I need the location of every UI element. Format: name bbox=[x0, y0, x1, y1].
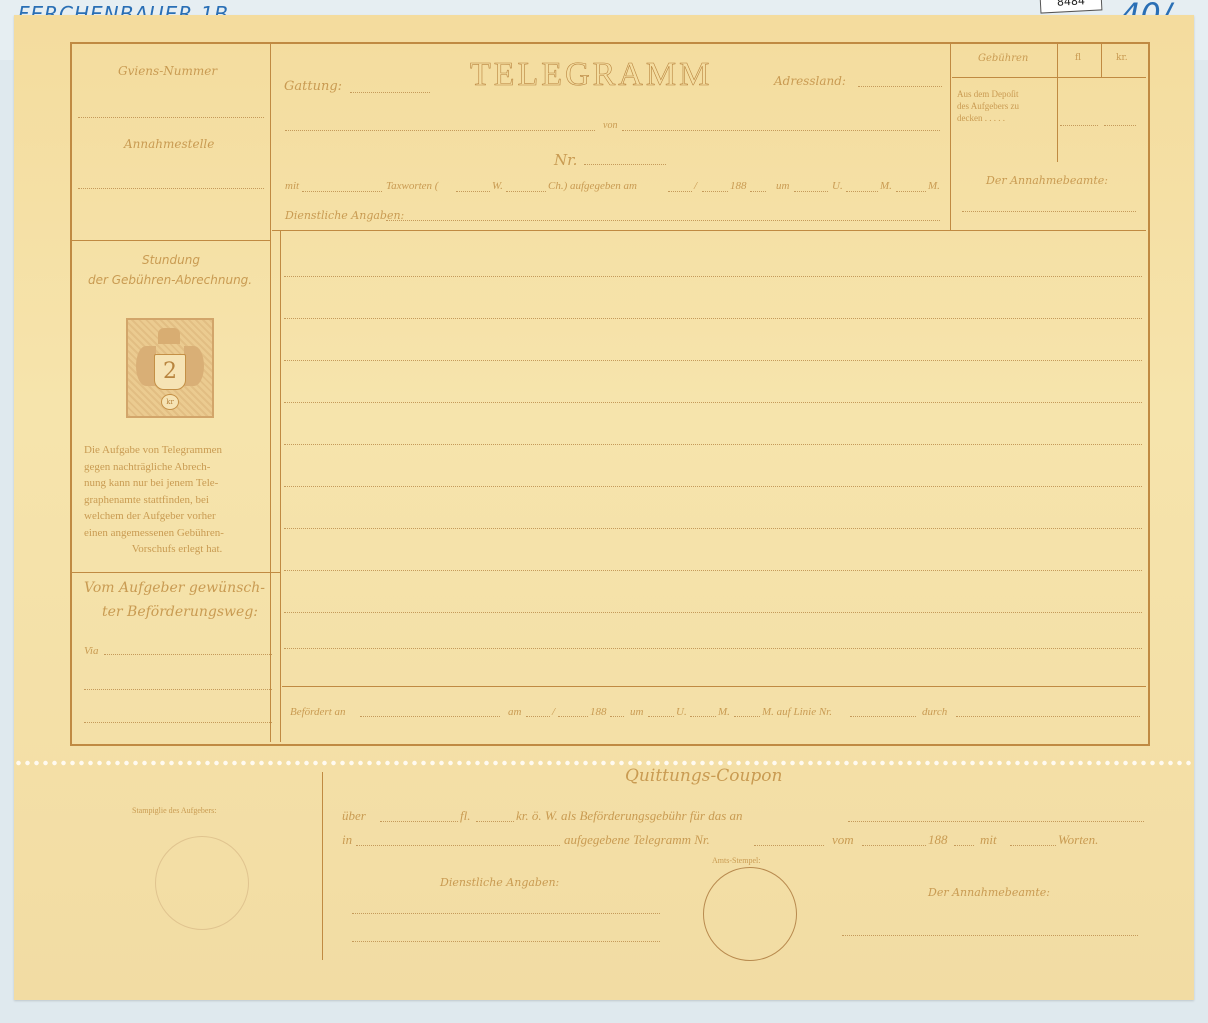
row-um: um bbox=[776, 180, 789, 192]
fees-header-rule bbox=[952, 77, 1146, 78]
coupon-year-field[interactable] bbox=[954, 845, 974, 846]
left-column-divider bbox=[270, 44, 271, 742]
serial-number-label: Gviens-Nummer bbox=[118, 64, 217, 78]
coupon-place-field[interactable] bbox=[356, 845, 560, 846]
coupon-fl: fl. bbox=[460, 808, 470, 824]
coupon-recipient-field[interactable] bbox=[848, 821, 1144, 822]
row-slash: / bbox=[694, 180, 697, 192]
forwarded-minute-field[interactable] bbox=[690, 716, 716, 717]
route-field-3[interactable] bbox=[84, 722, 272, 723]
message-line[interactable] bbox=[284, 402, 1142, 403]
forwarded-year: 188 bbox=[590, 706, 607, 718]
deposit-fl-field[interactable] bbox=[1060, 125, 1098, 126]
notice-line: welchem der Aufgeber vorher bbox=[84, 508, 270, 525]
route-field-2[interactable] bbox=[84, 689, 272, 690]
coupon-official-label: Dienstliche Angaben: bbox=[440, 876, 559, 889]
row-w: W. bbox=[492, 180, 503, 192]
notice-line: graphenamte stattfinden, bei bbox=[84, 492, 270, 509]
notice-line: Die Aufgabe von Telegrammen bbox=[84, 442, 270, 459]
number-field[interactable] bbox=[584, 164, 666, 165]
from-label: von bbox=[603, 120, 617, 131]
perforation-line[interactable] bbox=[14, 760, 1194, 766]
office-label: Annahmestelle bbox=[124, 137, 214, 151]
message-line[interactable] bbox=[284, 360, 1142, 361]
postage-stamp-imprint: 2 kr bbox=[126, 318, 214, 418]
stamp-value: 2 bbox=[154, 354, 186, 390]
row-mit: mit bbox=[285, 180, 299, 192]
via-label: Via bbox=[84, 645, 98, 657]
official-notes-field[interactable] bbox=[386, 220, 940, 221]
row-m1: M. bbox=[880, 180, 892, 192]
stamp-currency: kr bbox=[161, 394, 179, 410]
left-column-divider-inner bbox=[280, 230, 281, 742]
words-field[interactable] bbox=[456, 191, 490, 192]
message-line[interactable] bbox=[284, 648, 1142, 649]
notice-line: einen angemessenen Gebühren- bbox=[84, 525, 270, 542]
header-bottom-rule bbox=[272, 230, 1146, 231]
month-field[interactable] bbox=[702, 191, 728, 192]
country-label: Adressland: bbox=[774, 74, 846, 88]
coupon-ueber: über bbox=[342, 808, 366, 824]
word-count-field[interactable] bbox=[302, 191, 382, 192]
coupon-mit: mit bbox=[980, 832, 997, 848]
forwarded-label: Befördert an bbox=[290, 706, 346, 718]
fees-fl-divider bbox=[1057, 44, 1058, 162]
coupon-vom: vom bbox=[832, 832, 854, 848]
hour-field[interactable] bbox=[794, 191, 828, 192]
sender-stamp-label: Stampiglie des Aufgebers: bbox=[132, 806, 216, 815]
fees-column-divider bbox=[950, 44, 951, 230]
forwarded-ampm-field[interactable] bbox=[734, 716, 760, 717]
fees-col-fl: fl bbox=[1075, 53, 1081, 63]
message-line[interactable] bbox=[284, 612, 1142, 613]
coupon-official-field-2[interactable] bbox=[352, 941, 660, 942]
route-heading-line2: ter Beförderungsweg: bbox=[102, 604, 258, 620]
country-field[interactable] bbox=[858, 86, 942, 87]
forwarded-month-field[interactable] bbox=[558, 716, 588, 717]
forwarded-u: U. bbox=[676, 706, 687, 718]
office-field[interactable] bbox=[78, 188, 264, 189]
crown-icon bbox=[158, 328, 180, 344]
message-area[interactable] bbox=[284, 232, 1142, 682]
forwarded-day-field[interactable] bbox=[526, 716, 550, 717]
chars-field[interactable] bbox=[506, 191, 546, 192]
message-line[interactable] bbox=[284, 486, 1142, 487]
forwarded-by-field[interactable] bbox=[956, 716, 1140, 717]
coupon-word-count-field[interactable] bbox=[1010, 845, 1056, 846]
via-field[interactable] bbox=[104, 654, 272, 655]
fees-col-kr: kr. bbox=[1116, 53, 1128, 63]
forwarded-year-field[interactable] bbox=[610, 716, 624, 717]
office-stamp-area[interactable] bbox=[703, 867, 797, 961]
coupon-year: 188 bbox=[928, 832, 948, 848]
coupon-in: in bbox=[342, 832, 352, 848]
number-label: Nr. bbox=[554, 151, 577, 169]
coupon-purpose: kr. ö. W. als Beförderungsgebühr für das… bbox=[516, 808, 743, 824]
office-stamp-label: Amts-Stempel: bbox=[712, 856, 760, 865]
message-line[interactable] bbox=[284, 570, 1142, 571]
coupon-clerk-label: Der Annahmebeamte: bbox=[928, 886, 1050, 899]
forwarded-slash: / bbox=[552, 706, 555, 718]
message-line[interactable] bbox=[284, 318, 1142, 319]
deposit-line: Aus dem Depoſit bbox=[957, 88, 1019, 100]
day-field[interactable] bbox=[668, 191, 692, 192]
coupon-worten: Worten. bbox=[1058, 832, 1098, 848]
fees-clerk-field[interactable] bbox=[962, 211, 1136, 212]
type-label: Gattung: bbox=[284, 79, 342, 94]
row-m2: M. bbox=[928, 180, 940, 192]
type-field[interactable] bbox=[350, 92, 430, 93]
left-top-section-rule bbox=[72, 240, 270, 241]
coupon-clerk-field[interactable] bbox=[842, 935, 1138, 936]
forwarded-line-field[interactable] bbox=[850, 716, 916, 717]
eagle-wing-right-icon bbox=[184, 346, 204, 386]
left-notice-section-rule bbox=[72, 572, 280, 573]
notice-line: Vorschufs erlegt hat. bbox=[84, 541, 270, 558]
message-line[interactable] bbox=[284, 528, 1142, 529]
fees-clerk-label: Der Annahmebeamte: bbox=[986, 174, 1108, 187]
form-title: TELEGRAMM bbox=[470, 56, 712, 94]
forwarded-section-rule bbox=[282, 686, 1146, 687]
notice-line: gegen nachträgliche Abrech- bbox=[84, 459, 270, 476]
coupon-divider bbox=[322, 772, 323, 960]
coupon-official-field-1[interactable] bbox=[352, 913, 660, 914]
message-line[interactable] bbox=[284, 276, 1142, 277]
row-year: 188 bbox=[730, 180, 747, 192]
forwarded-durch: durch bbox=[922, 706, 947, 718]
deposit-kr-field[interactable] bbox=[1104, 125, 1136, 126]
deferral-notice: Die Aufgabe von Telegrammen gegen nachtr… bbox=[84, 442, 270, 558]
coupon-kr-field[interactable] bbox=[476, 821, 514, 822]
deposit-line: decken . . . . . bbox=[957, 112, 1019, 124]
coupon-nr-field[interactable] bbox=[754, 845, 824, 846]
forwarded-am: am bbox=[508, 706, 521, 718]
deposit-text: Aus dem Depoſit des Aufgebers zu decken … bbox=[957, 88, 1019, 124]
forwarded-hour-field[interactable] bbox=[648, 716, 674, 717]
sender-name-field[interactable] bbox=[285, 130, 595, 131]
serial-number-field[interactable] bbox=[78, 117, 264, 118]
coupon-title: Quittungs-Coupon bbox=[625, 766, 783, 786]
forwarded-um: um bbox=[630, 706, 643, 718]
ampm-field[interactable] bbox=[896, 191, 926, 192]
minute-field[interactable] bbox=[846, 191, 878, 192]
coupon-telegram-nr: aufgegebene Telegramm Nr. bbox=[564, 832, 710, 848]
eagle-wing-left-icon bbox=[136, 346, 156, 386]
forwarded-to-field[interactable] bbox=[360, 716, 500, 717]
coupon-fl-field[interactable] bbox=[380, 821, 458, 822]
fees-kr-divider bbox=[1101, 44, 1102, 77]
sender-place-field[interactable] bbox=[622, 130, 940, 131]
year-field[interactable] bbox=[750, 191, 766, 192]
message-line[interactable] bbox=[284, 444, 1142, 445]
deferral-heading-line1: Stundung bbox=[142, 253, 200, 267]
forwarded-m1: M. bbox=[718, 706, 730, 718]
notice-line: nung kann nur bei jenem Tele- bbox=[84, 475, 270, 492]
coupon-date-field[interactable] bbox=[862, 845, 926, 846]
forwarded-line-label: M. auf Linie Nr. bbox=[762, 706, 832, 718]
route-heading-line1: Vom Aufgeber gewünsch- bbox=[84, 580, 265, 596]
sender-stamp-area[interactable] bbox=[155, 836, 249, 930]
fees-header-label: Gebühren bbox=[978, 53, 1028, 64]
row-ch: Ch.) aufgegeben am bbox=[548, 180, 637, 192]
row-u: U. bbox=[832, 180, 843, 192]
deposit-line: des Aufgebers zu bbox=[957, 100, 1019, 112]
row-taxwords: Taxworten ( bbox=[386, 180, 438, 192]
deferral-heading-line2: der Gebühren-Abrechnung. bbox=[88, 273, 252, 287]
